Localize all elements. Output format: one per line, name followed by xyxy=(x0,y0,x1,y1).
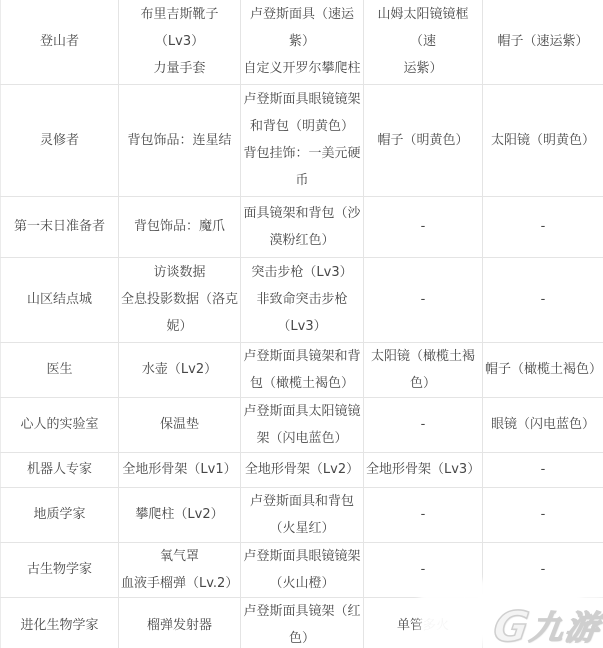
table-cell: 全地形骨架（Lv1） xyxy=(119,452,241,487)
table-cell: - xyxy=(364,542,483,597)
table-cell: 面具镜架和背包（沙 漠粉红色） xyxy=(241,196,364,257)
loadout-table: 登山者 布里吉斯靴子 （Lv3） 力量手套 卢登斯面具（速运 紫） 自定义开罗尔… xyxy=(0,0,603,648)
table-cell: 灵修者 xyxy=(1,84,119,196)
table-cell: 帽子（速运紫） xyxy=(483,0,603,84)
table-cell: 榴弹发射器 xyxy=(119,597,241,648)
table-cell: 全地形骨架（Lv2） xyxy=(241,452,364,487)
table-cell: 帽子（明黄色） xyxy=(364,84,483,196)
table-cell: 突击步枪（Lv3） 非致命突击步枪 （Lv3） xyxy=(241,257,364,342)
table-row: 机器人专家 全地形骨架（Lv1） 全地形骨架（Lv2） 全地形骨架（Lv3） - xyxy=(1,452,603,487)
table-cell: 登山者 xyxy=(1,0,119,84)
table-cell: - xyxy=(483,487,603,542)
table-cell: 卢登斯面具（速运 紫） 自定义开罗尔攀爬柱 xyxy=(241,0,364,84)
table-cell: - xyxy=(364,257,483,342)
table-cell: 太阳镜（明黄色） xyxy=(483,84,603,196)
table-cell: - xyxy=(483,257,603,342)
table-cell: 氧气罩 血液手榴弹（Lv.2） xyxy=(119,542,241,597)
table-row: 山区结点城 访谈数据 全息投影数据（洛克 妮） 突击步枪（Lv3） 非致命突击步… xyxy=(1,257,603,342)
table-cell: 医生 xyxy=(1,342,119,397)
table-cell: - xyxy=(483,542,603,597)
table-cell: 卢登斯面具镜架和背 包（橄榄土褐色） xyxy=(241,342,364,397)
table-cell: 卢登斯面具镜架（红 色） xyxy=(241,597,364,648)
table-cell: 访谈数据 全息投影数据（洛克 妮） xyxy=(119,257,241,342)
table-cell: 攀爬柱（Lv2） xyxy=(119,487,241,542)
table-cell: 全地形骨架（Lv3） xyxy=(364,452,483,487)
table-cell: - xyxy=(483,196,603,257)
table-row: 登山者 布里吉斯靴子 （Lv3） 力量手套 卢登斯面具（速运 紫） 自定义开罗尔… xyxy=(1,0,603,84)
table-cell: 山区结点城 xyxy=(1,257,119,342)
table-cell: 卢登斯面具太阳镜镜 架（闪电蓝色） xyxy=(241,397,364,452)
table-cell: 背包饰品：魔爪 xyxy=(119,196,241,257)
table-cell: 进化生物学家 xyxy=(1,597,119,648)
table-cell: - xyxy=(364,397,483,452)
table-cell: 帽子（橄榄土褐色） xyxy=(483,342,603,397)
table-cell: 太阳镜（橄榄土褐 色） xyxy=(364,342,483,397)
table-row: 进化生物学家 榴弹发射器 卢登斯面具镜架（红 色） 单管多火 xyxy=(1,597,603,648)
table-cell: 布里吉斯靴子 （Lv3） 力量手套 xyxy=(119,0,241,84)
table-cell: 保温垫 xyxy=(119,397,241,452)
table-cell: 心人的实验室 xyxy=(1,397,119,452)
table-cell: - xyxy=(364,196,483,257)
table-cell: 第一末日准备者 xyxy=(1,196,119,257)
table-row: 古生物学家 氧气罩 血液手榴弹（Lv.2） 卢登斯面具眼镜镜架 （火山橙） - … xyxy=(1,542,603,597)
table-row: 地质学家 攀爬柱（Lv2） 卢登斯面具和背包 （火星红） - - xyxy=(1,487,603,542)
table-cell: 山姆太阳镜镜框（速 运紫） xyxy=(364,0,483,84)
table-cell: 单管多火 xyxy=(364,597,483,648)
table-cell: 卢登斯面具眼镜镜架 （火山橙） xyxy=(241,542,364,597)
table-row: 医生 水壶（Lv2） 卢登斯面具镜架和背 包（橄榄土褐色） 太阳镜（橄榄土褐 色… xyxy=(1,342,603,397)
table-row: 第一末日准备者 背包饰品：魔爪 面具镜架和背包（沙 漠粉红色） - - xyxy=(1,196,603,257)
table-cell: 机器人专家 xyxy=(1,452,119,487)
table-cell: 地质学家 xyxy=(1,487,119,542)
table-cell xyxy=(483,597,603,648)
table-cell: 卢登斯面具眼镜镜架 和背包（明黄色） 背包挂饰：一美元硬 币 xyxy=(241,84,364,196)
table-cell: - xyxy=(364,487,483,542)
table-cell: 眼镜（闪电蓝色） xyxy=(483,397,603,452)
table-cell: 卢登斯面具和背包 （火星红） xyxy=(241,487,364,542)
table-row: 灵修者 背包饰品：连星结 卢登斯面具眼镜镜架 和背包（明黄色） 背包挂饰：一美元… xyxy=(1,84,603,196)
table-row: 心人的实验室 保温垫 卢登斯面具太阳镜镜 架（闪电蓝色） - 眼镜（闪电蓝色） xyxy=(1,397,603,452)
table-cell: 古生物学家 xyxy=(1,542,119,597)
table-cell: 水壶（Lv2） xyxy=(119,342,241,397)
table-cell: - xyxy=(483,452,603,487)
table-cell: 背包饰品：连星结 xyxy=(119,84,241,196)
